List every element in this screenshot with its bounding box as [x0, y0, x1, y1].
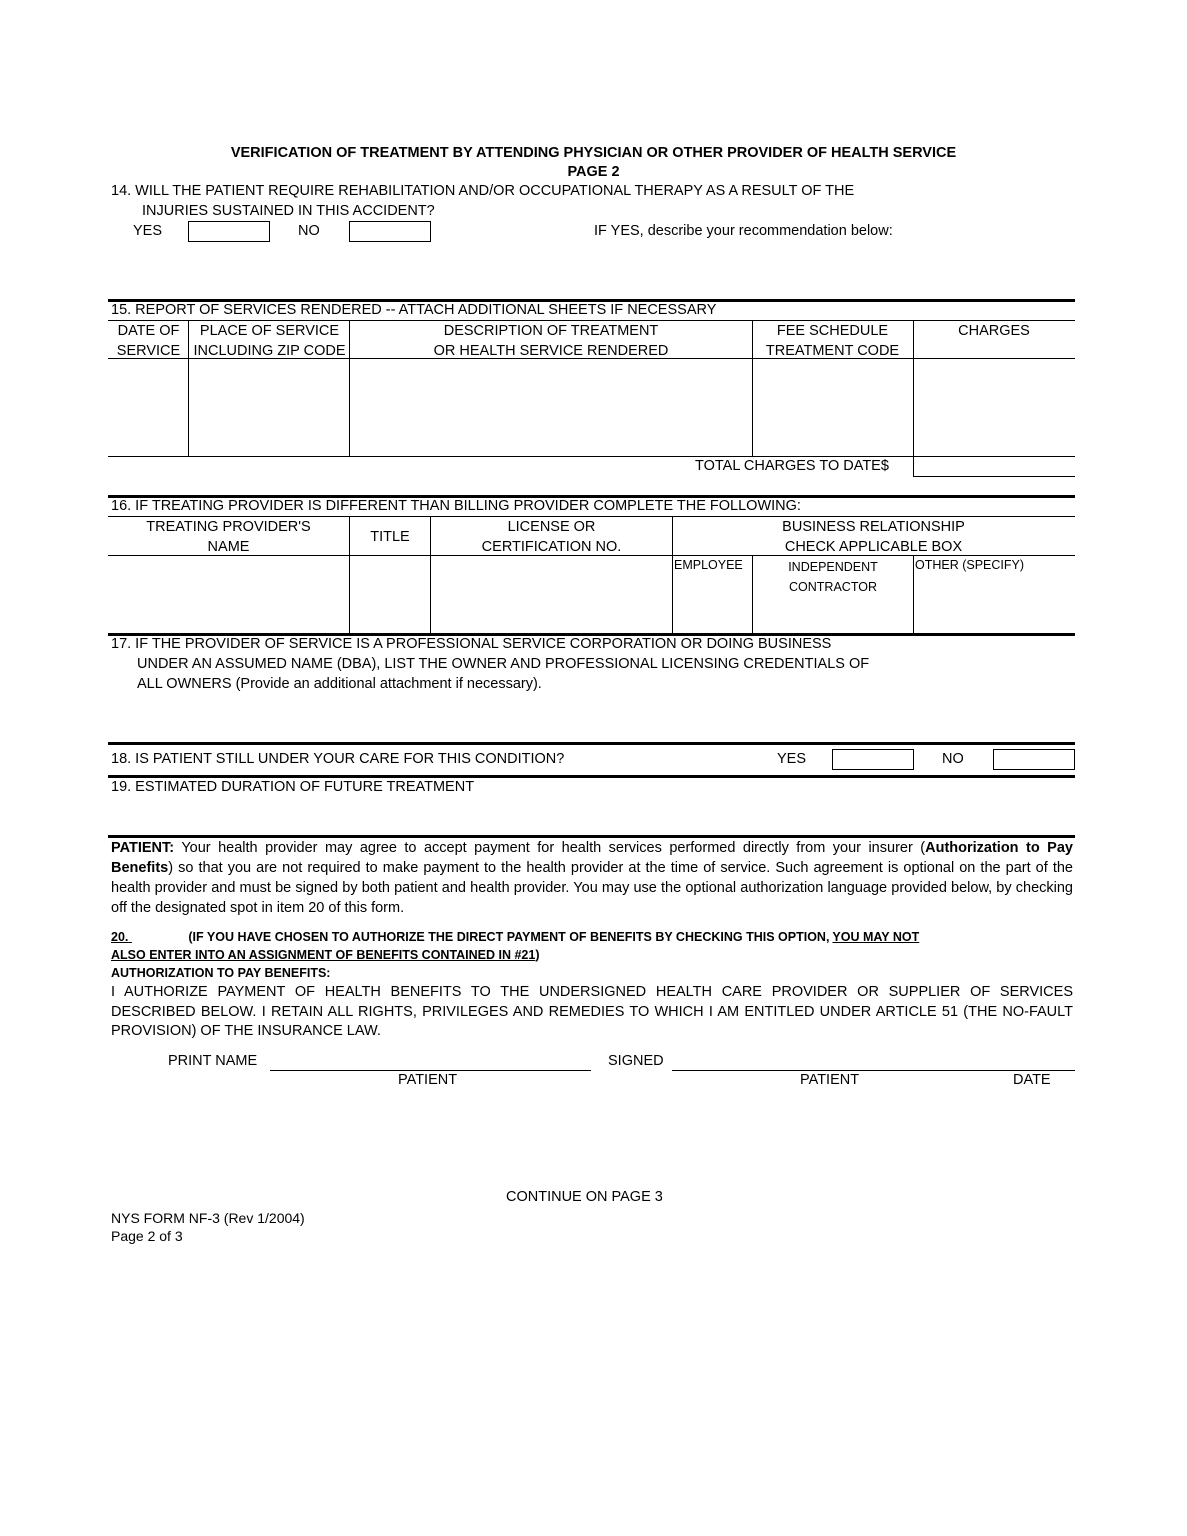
- q18-top-rule: [108, 742, 1075, 745]
- patient-caption-signed: PATIENT: [800, 1072, 859, 1088]
- signature-field[interactable]: [672, 1052, 1075, 1070]
- form-title: VERIFICATION OF TREATMENT BY ATTENDING P…: [0, 145, 1187, 161]
- q17-line2: UNDER AN ASSUMED NAME (DBA), LIST THE OW…: [137, 656, 869, 672]
- q15-col-desc-l2: OR HEALTH SERVICE RENDERED: [434, 343, 669, 359]
- q16-employee-option[interactable]: EMPLOYEE: [674, 558, 743, 572]
- signed-label: SIGNED: [608, 1053, 664, 1069]
- q14-line1: 14. WILL THE PATIENT REQUIRE REHABILITAT…: [111, 183, 854, 199]
- q15-col-description: DESCRIPTION OF TREATMENTOR HEALTH SERVIC…: [350, 321, 752, 361]
- q18-no-checkbox[interactable]: [993, 749, 1075, 770]
- q15-col-place-l2: INCLUDING ZIP CODE: [193, 343, 345, 359]
- q16-title-field[interactable]: [350, 556, 430, 633]
- page-number: Page 2 of 3: [111, 1228, 183, 1244]
- q16-col-license-l1: LICENSE OR: [508, 519, 596, 535]
- q16-license-field[interactable]: [431, 556, 672, 633]
- q14-yes-checkbox[interactable]: [188, 221, 270, 242]
- q15-fee-code-field[interactable]: [753, 359, 913, 456]
- q15-col-fee-l2: TREATMENT CODE: [766, 343, 899, 359]
- q15-date-field[interactable]: [108, 359, 188, 456]
- notice-lead: PATIENT:: [111, 840, 174, 856]
- q15-col-date-l2: SERVICE: [117, 343, 180, 359]
- print-name-label: PRINT NAME: [168, 1053, 257, 1069]
- q17-line1: 17. IF THE PROVIDER OF SERVICE IS A PROF…: [111, 636, 831, 652]
- q15-total-label: TOTAL CHARGES TO DATE$: [695, 458, 889, 474]
- q15-col-place: PLACE OF SERVICEINCLUDING ZIP CODE: [189, 321, 350, 361]
- q17-owners-field[interactable]: [108, 696, 1075, 741]
- q16-divider: [672, 516, 673, 634]
- q15-description-field[interactable]: [350, 359, 752, 456]
- q15-col-fee-l1: FEE SCHEDULE: [777, 323, 888, 339]
- print-name-field[interactable]: [270, 1052, 591, 1070]
- q16-col-rel-l2: CHECK APPLICABLE BOX: [785, 539, 962, 555]
- q16-col-relationship: BUSINESS RELATIONSHIPCHECK APPLICABLE BO…: [672, 517, 1075, 557]
- patient-caption: PATIENT: [398, 1072, 457, 1088]
- form-id: NYS FORM NF-3 (Rev 1/2004): [111, 1210, 305, 1226]
- q14-yes-label: YES: [133, 223, 162, 239]
- q15-col-fee: FEE SCHEDULETREATMENT CODE: [752, 321, 913, 361]
- q16-independent-contractor-option[interactable]: INDEPENDENTCONTRACTOR: [753, 557, 913, 597]
- q20-auth-body: I AUTHORIZE PAYMENT OF HEALTH BENEFITS T…: [111, 983, 1073, 1042]
- q16-ic-l1: INDEPENDENT: [788, 560, 878, 574]
- q16-col-name-l1: TREATING PROVIDER'S: [146, 519, 310, 535]
- q15-col-date-l1: DATE OF: [118, 323, 180, 339]
- q15-col-charges: CHARGES: [913, 321, 1075, 341]
- q16-col-rel-l1: BUSINESS RELATIONSHIP: [782, 519, 965, 535]
- notice-part2: ) so that you are not required to make p…: [111, 860, 1073, 916]
- q16-ic-l2: CONTRACTOR: [789, 580, 877, 594]
- q18-yes-label: YES: [777, 751, 806, 767]
- q16-col-license: LICENSE ORCERTIFICATION NO.: [431, 517, 672, 557]
- q16-divider: [913, 555, 914, 634]
- q16-title: 16. IF TREATING PROVIDER IS DIFFERENT TH…: [111, 498, 801, 514]
- q15-total-rule: [913, 476, 1075, 477]
- q20-text-c: ALSO ENTER INTO AN ASSIGNMENT OF BENEFIT…: [111, 948, 535, 962]
- q20-number: 20.: [111, 930, 128, 944]
- q18-no-label: NO: [942, 751, 964, 767]
- continue-note: CONTINUE ON PAGE 3: [506, 1189, 663, 1205]
- q15-place-field[interactable]: [189, 359, 349, 456]
- notice-part1: Your health provider may agree to accept…: [174, 840, 925, 856]
- q14-line2: INJURIES SUSTAINED IN THIS ACCIDENT?: [142, 203, 435, 219]
- q16-name-field[interactable]: [108, 556, 349, 633]
- q19-duration-field[interactable]: [108, 798, 1075, 834]
- q15-charges-field[interactable]: [914, 359, 1074, 456]
- print-name-line: [270, 1070, 591, 1071]
- q19-text: 19. ESTIMATED DURATION OF FUTURE TREATME…: [111, 779, 474, 795]
- q16-col-name: TREATING PROVIDER'SNAME: [108, 517, 349, 557]
- q20-header: 20. (IF YOU HAVE CHOSEN TO AUTHORIZE THE…: [111, 928, 919, 982]
- q16-col-license-l2: CERTIFICATION NO.: [482, 539, 622, 555]
- q20-auth-heading: AUTHORIZATION TO PAY BENEFITS:: [111, 966, 330, 980]
- q14-no-label: NO: [298, 223, 320, 239]
- page-label: PAGE 2: [0, 164, 1187, 180]
- q15-col-place-l1: PLACE OF SERVICE: [200, 323, 339, 339]
- q20-text-a: (IF YOU HAVE CHOSEN TO AUTHORIZE THE DIR…: [188, 930, 829, 944]
- q15-total-field[interactable]: [914, 457, 1074, 476]
- q18-yes-checkbox[interactable]: [832, 749, 914, 770]
- q19-top-rule: [108, 775, 1075, 778]
- q16-col-name-l2: NAME: [208, 539, 250, 555]
- q15-title: 15. REPORT OF SERVICES RENDERED -- ATTAC…: [111, 302, 716, 318]
- q18-text: 18. IS PATIENT STILL UNDER YOUR CARE FOR…: [111, 751, 564, 767]
- q16-col-title: TITLE: [350, 527, 430, 547]
- q14-if-yes-text: IF YES, describe your recommendation bel…: [594, 223, 893, 239]
- q20-text-d: ): [535, 948, 539, 962]
- q15-col-desc-l1: DESCRIPTION OF TREATMENT: [444, 323, 659, 339]
- q16-other-option[interactable]: OTHER (SPECIFY): [915, 558, 1024, 572]
- signature-line: [672, 1070, 1075, 1071]
- q17-line3: ALL OWNERS (Provide an additional attach…: [137, 676, 542, 692]
- q20-check-blank[interactable]: [128, 928, 188, 946]
- q15-col-date: DATE OFSERVICE: [108, 321, 189, 361]
- date-caption: DATE: [1013, 1072, 1051, 1088]
- q20-text-b: YOU MAY NOT: [832, 930, 919, 944]
- patient-notice: PATIENT: Your health provider may agree …: [111, 838, 1073, 918]
- q14-no-checkbox[interactable]: [349, 221, 431, 242]
